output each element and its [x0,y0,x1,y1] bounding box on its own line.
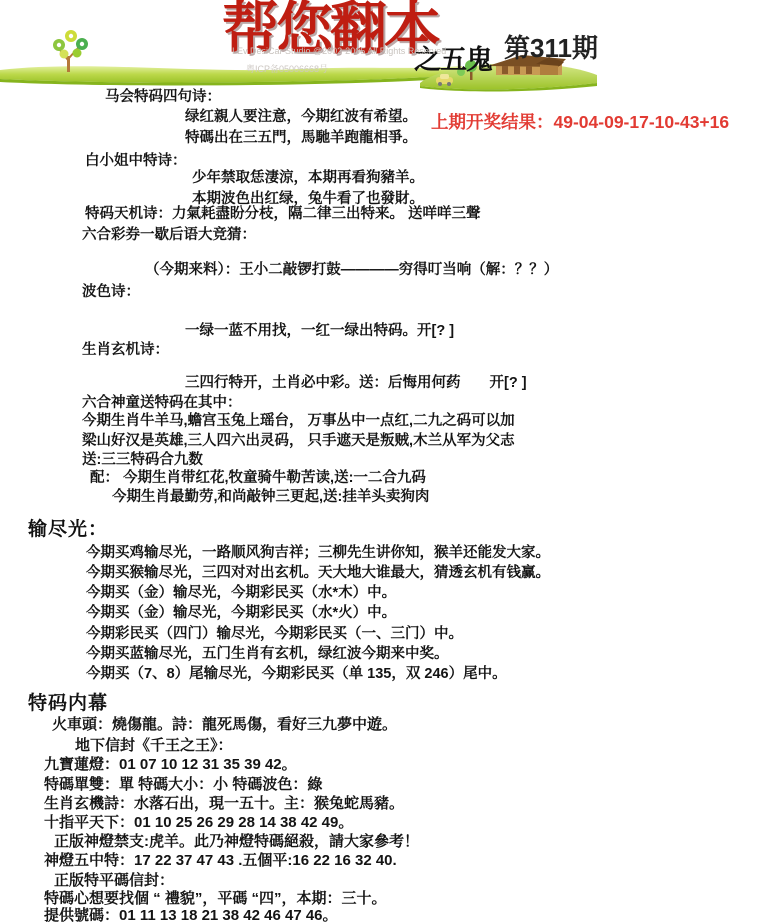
shujinguang-line: 今期买（7、8）尾输尽光，今期彩民买（单 135，双 246）尾中。 [86,665,507,683]
neimu-line: 正版神燈禁支:虎羊。此乃神燈特碼絕殺，請大家參考！ [54,833,419,852]
mahui-poem-line2: 特碼出在三五門，馬馳羊跑龍相爭。 [185,129,417,147]
tree-icon [53,30,88,72]
neimu-line: 提供號碼：01 11 13 18 21 38 42 46 47 46。 [44,907,338,923]
neimu-line: 火車頭：燒傷龍。詩：龍死馬傷，看好三九夢中遊。 [52,716,397,735]
neimu-line: 特碼心想要找個 “ 禮貌”，平碼 “四”，本期：三十。 [44,890,387,909]
neimu-line: 正版特平碼信封： [54,872,174,891]
page: 帮您翻本 之五鬼 第311期 I Ev DesiCar Studio @2002… [0,0,775,923]
shujinguang-line: 今期买鸡输尽光，一路顺风狗吉祥；三柳先生讲你知，猴羊还能发大家。 [86,544,550,562]
neimu-line: 特碼單雙：單 特碼大小：小 特碼波色：綠 [44,776,322,795]
shentong-line5: 今期生肖最勤劳,和尚敲钟三更起,送:挂羊头卖狗肉 [112,488,429,506]
neimu-section-title: 特码内幕 [28,688,108,715]
baixiaojie-line1: 少年禁取恁淒涼，本期再看狗豬羊。 [192,169,424,187]
mahui-poem-label: 马会特码四句诗： [105,88,221,106]
previous-draw-result: 上期开奖结果：49-04-09-17-10-43+16 [431,109,729,134]
shujinguang-line: 今期买（金）输尽光，今期彩民买（水*木）中。 [86,584,396,602]
watermark-line1: I Ev DesiCar Studio @2002-2005 All Right… [232,46,446,56]
page-subtitle: 之五鬼 [414,38,492,77]
shujinguang-line: 今期彩民买（四门）输尽光，今期彩民买（一、三门）中。 [86,625,463,643]
shentong-line2: 梁山好汉是英雄,三人四六出灵码， 只手遮天是叛贼,木兰从军为父志 [82,432,515,450]
watermark-line2: 粤ICP备05006668号 [246,62,328,75]
bose-label: 波色诗： [82,283,140,301]
neimu-line: 十指平天下：01 10 25 26 29 28 14 38 42 49。 [44,814,353,833]
xiehouyu-label: 六合彩券一歇后语大竞猜： [82,226,256,244]
shujinguang-line: 今期买猴输尽光，三四对对出玄机。天大地大谁最大，猜透玄机有钱赢。 [86,564,550,582]
shentong-label: 六合神童送特码在其中： [82,394,242,412]
xiehouyu-line: （今期来料）：王小二敲锣打鼓————穷得叮当响（解：？？） [145,261,558,279]
shujinguang-section-title: 输尽光： [28,514,108,541]
tianji-poem: 特码天机诗：力氣耗盡盼分枝，隔二律三出特来。 送咩咩三聲 [85,205,481,223]
neimu-line: 神燈五中特：17 22 37 47 43 .五個平:16 22 16 32 40… [44,852,397,871]
shentong-line3: 送:三三特码合九数 [82,451,203,469]
shujinguang-line: 今期买（金）输尽光，今期彩民买（水*火）中。 [86,604,396,622]
issue-number: 第311期 [504,28,598,65]
shengxiao-label: 生肖玄机诗： [82,341,169,359]
neimu-line: 九寶蓮燈：01 07 10 12 31 35 39 42。 [44,756,297,775]
neimu-line: 地下信封《千王之王》： [75,737,233,756]
shentong-line1: 今期生肖牛羊马,蟾宫玉兔上瑶台， 万事丛中一点红,二九之码可以加 [82,412,515,430]
baixiaojie-label: 白小姐中特诗： [85,152,187,170]
neimu-line: 生肖玄機詩：水落石出，現一五十。主：猴兔蛇馬豬。 [44,795,404,814]
bose-line: 一绿一蓝不用找，一红一绿出特码。开[? ] [185,322,454,340]
shentong-line4: 配： 今期生肖带红花,牧童骑牛勒苦读,送:一二合九码 [90,469,426,487]
mahui-poem-line1: 绿红親人要注意，今期红波有希望。 [185,108,417,126]
shengxiao-line: 三四行特开，土肖必中彩。送：后悔用何药 开[? ] [185,374,527,392]
shujinguang-line: 今期买蓝输尽光，五门生肖有玄机，绿红波今期来中奖。 [86,645,449,663]
